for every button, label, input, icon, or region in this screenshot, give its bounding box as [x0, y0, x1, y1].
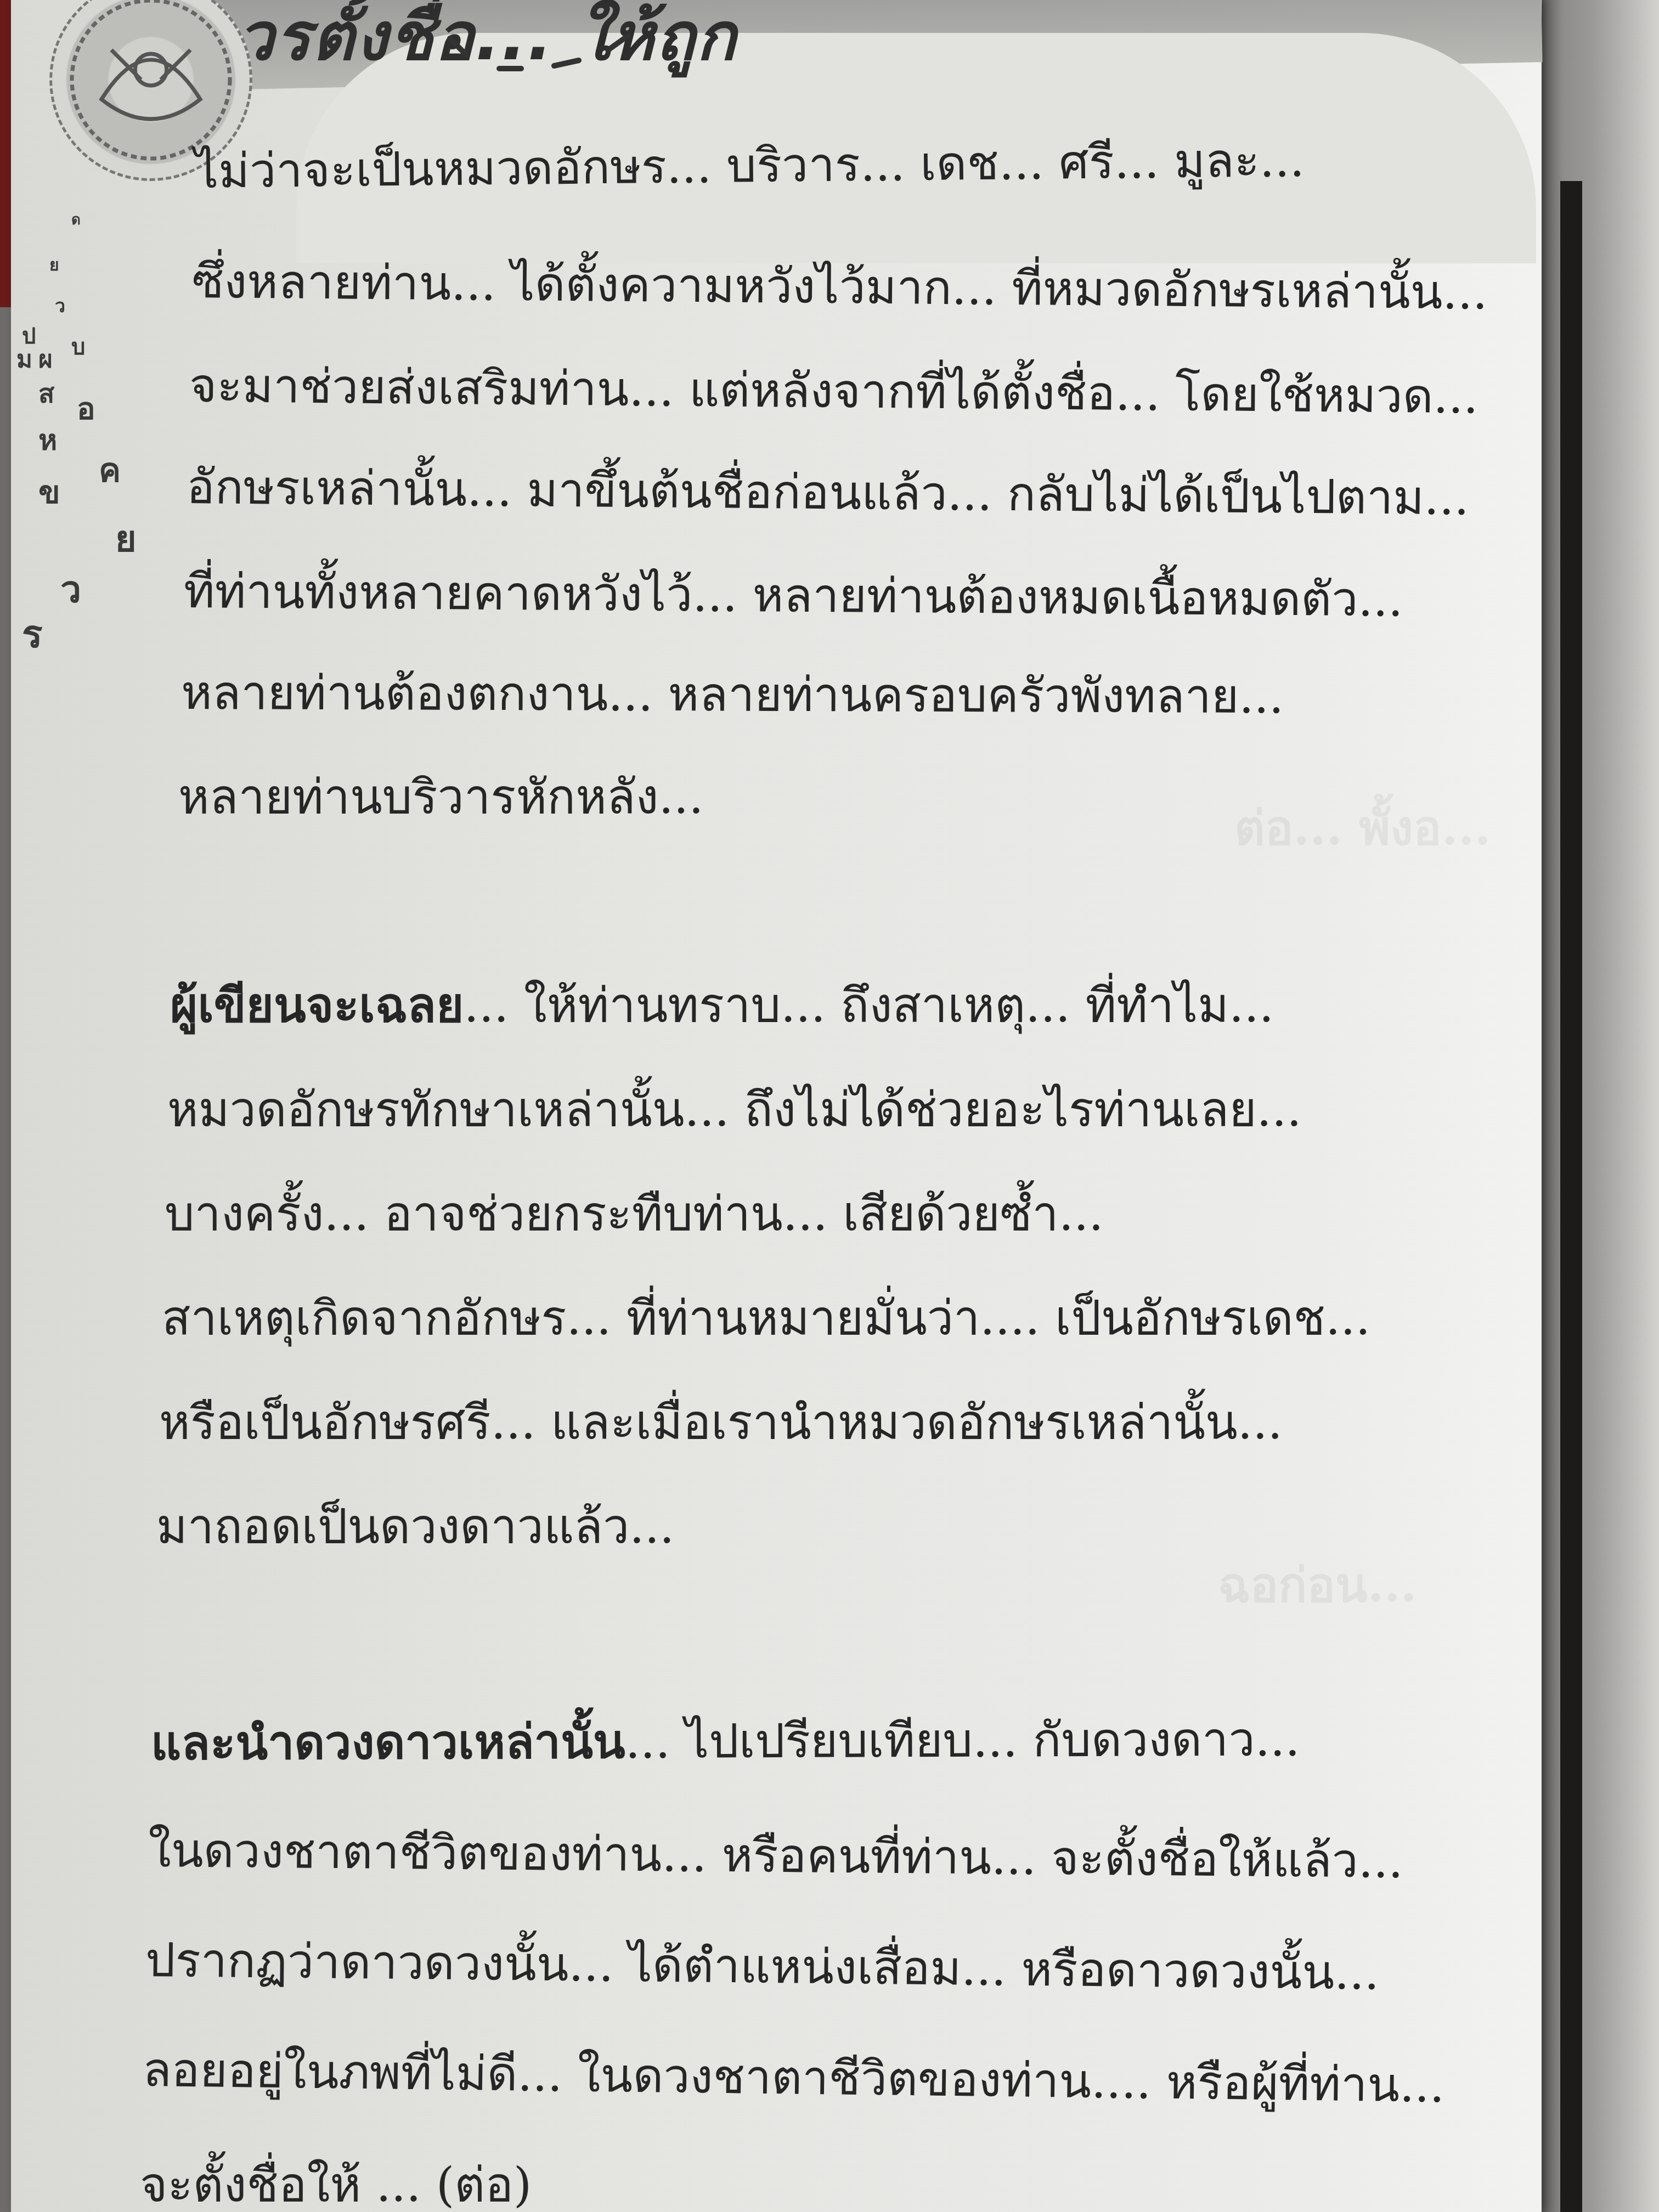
paragraph-3-line: ในดวงชาตาชีวิตของท่าน... หรือคนที่ท่าน..…: [148, 1827, 1404, 1885]
next-page-edge: [1593, 0, 1659, 2212]
paragraph-3-lead: และนำดวงดาวเหล่านั้น: [151, 1714, 625, 1771]
book-spine-shadow: [1560, 181, 1582, 2212]
paragraph-2-line: หรือเป็นอักษรศรี... และเมื่อเรานำหมวดอัก…: [159, 1399, 1283, 1446]
paragraph-1-line: หลายท่านต้องตกงาน... หลายท่านครอบครัวพัง…: [181, 669, 1284, 720]
paragraph-3-line: ปรากฏว่าดาวดวงนั้น... ได้ตำแหน่งเสื่อม..…: [145, 1937, 1380, 1997]
paragraph-3-line: จะตั้งชื่อให้ ... (ต่อ): [140, 2162, 532, 2209]
paragraph-3-lead-rest: ... ไปเปรียบเทียบ... กับดวงดาว...: [625, 1712, 1300, 1769]
paragraph-2-line: บางครั้ง... อาจช่วยกระทืบท่าน... เสียด้ว…: [165, 1190, 1104, 1238]
paragraph-1-line: ที่ท่านทั้งหลายคาดหวังไว้... หลายท่านต้อ…: [184, 568, 1403, 624]
paragraph-2-lead: ผู้เขียนจะเฉลย: [170, 978, 464, 1033]
body-text: ไม่ว่าจะเป็นหมวดอักษร... บริวาร... เดช..…: [11, 0, 1542, 2212]
paragraph-3-line: และนำดวงดาวเหล่านั้น... ไปเปรียบเทียบ...…: [151, 1716, 1300, 1767]
paragraph-1-line: หลายท่านบริวารหักหลัง...: [178, 774, 704, 821]
paragraph-3-line: ลอยอยู่ในภพที่ไม่ดี... ในดวงชาตาชีวิตของ…: [142, 2046, 1444, 2109]
paragraph-2-line: มาถอดเป็นดวงดาวแล้ว...: [156, 1503, 674, 1550]
paragraph-1-line: จะมาช่วยส่งเสริมท่าน... แต่หลังจากที่ได้…: [189, 362, 1479, 421]
paragraph-2-line: ผู้เขียนจะเฉลย... ให้ท่านทราบ... ถึงสาเห…: [170, 982, 1274, 1029]
book-page: ควรตั้งชื่อ... ให้ถูก ร ว ย ค อ ข ห ส ผ …: [11, 0, 1542, 2212]
paragraph-1-line: ซึ่งหลายท่าน... ได้ตั้งความหวังไว้มาก...…: [192, 258, 1488, 317]
paragraph-1-line: ไม่ว่าจะเป็นหมวดอักษร... บริวาร... เดช..…: [195, 137, 1305, 195]
paragraph-2-line: สาเหตุเกิดจากอักษร... ที่ท่านหมายมั่นว่า…: [162, 1295, 1370, 1342]
paragraph-2-line: หมวดอักษรทักษาเหล่านั้น... ถึงไม่ได้ช่วย…: [167, 1086, 1302, 1133]
paragraph-1-line: อักษรเหล่านั้น... มาขึ้นต้นชื่อก่อนแล้ว.…: [187, 464, 1470, 522]
paragraph-2-lead-rest: ... ให้ท่านทราบ... ถึงสาเหตุ... ที่ทำไม.…: [464, 978, 1274, 1033]
